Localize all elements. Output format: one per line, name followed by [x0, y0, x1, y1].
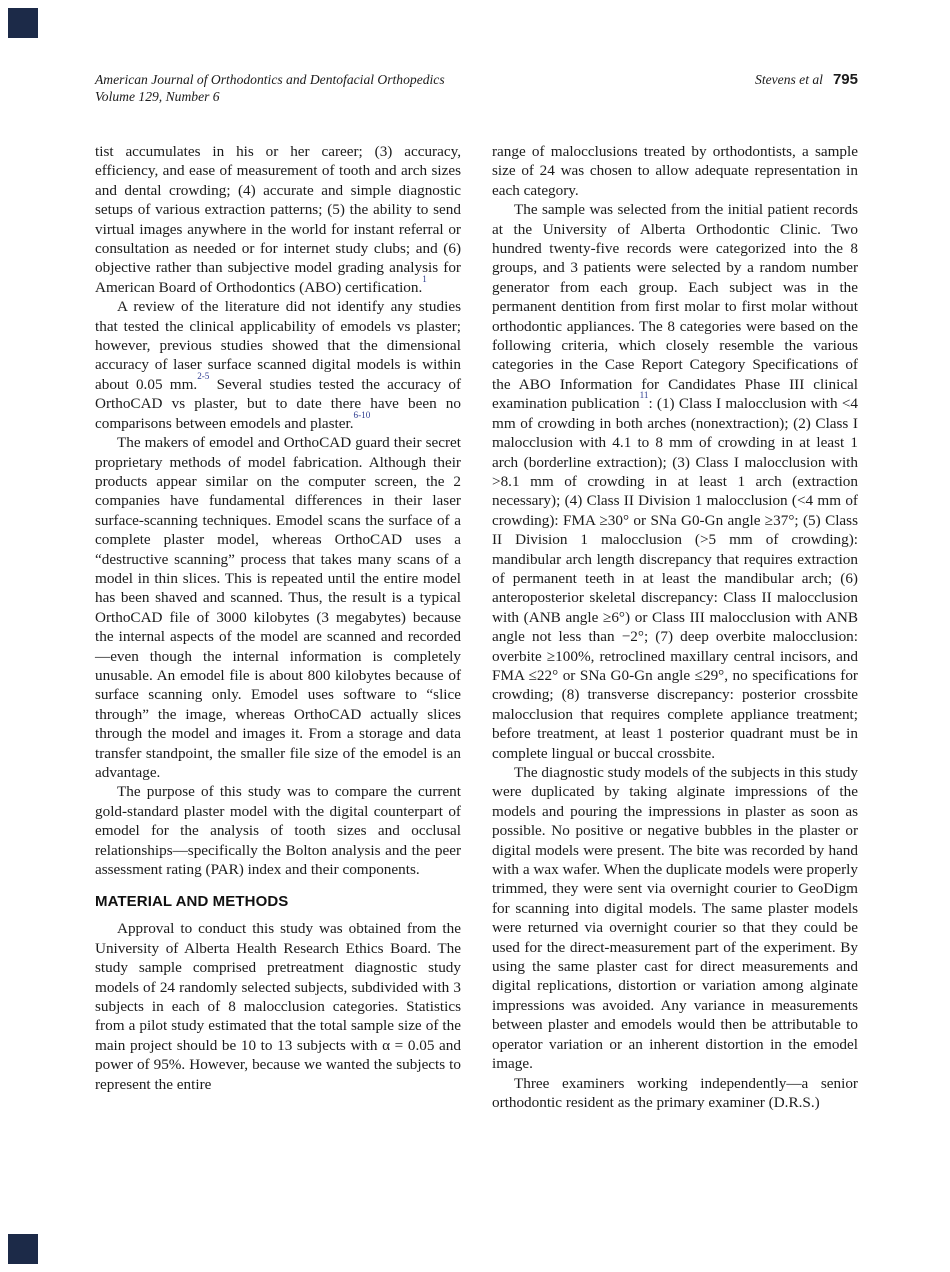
reference-link[interactable]: 11	[640, 390, 649, 400]
paragraph: tist accumulates in his or her career; (…	[95, 142, 461, 297]
paragraph: A review of the literature did not ident…	[95, 297, 461, 433]
corner-mark-bottom-left	[8, 1234, 38, 1264]
article-body: tist accumulates in his or her career; (…	[95, 142, 858, 1112]
paragraph: The purpose of this study was to compare…	[95, 782, 461, 879]
paragraph: range of malocclusions treated by orthod…	[492, 142, 858, 200]
right-column: range of malocclusions treated by orthod…	[492, 142, 858, 1112]
reference-link[interactable]: 1	[422, 274, 427, 284]
running-head: Stevens et al 795	[755, 71, 858, 88]
journal-issue: Volume 129, Number 6	[95, 88, 445, 105]
reference-link[interactable]: 6-10	[354, 410, 371, 420]
paragraph: Approval to conduct this study was obtai…	[95, 919, 461, 1094]
page-header: American Journal of Orthodontics and Den…	[95, 71, 858, 105]
paragraph: The makers of emodel and OrthoCAD guard …	[95, 433, 461, 782]
running-authors: Stevens et al	[755, 71, 823, 88]
paragraph: Three examiners working independently—a …	[492, 1074, 858, 1113]
corner-mark-top-left	[8, 8, 38, 38]
paragraph: The diagnostic study models of the subje…	[492, 763, 858, 1074]
journal-info: American Journal of Orthodontics and Den…	[95, 71, 445, 105]
page-number: 795	[833, 71, 858, 88]
reference-link[interactable]: 2-5	[197, 371, 209, 381]
journal-title: American Journal of Orthodontics and Den…	[95, 71, 445, 88]
left-column: tist accumulates in his or her career; (…	[95, 142, 461, 1112]
section-heading: MATERIAL AND METHODS	[95, 893, 461, 911]
paragraph: The sample was selected from the initial…	[492, 200, 858, 763]
